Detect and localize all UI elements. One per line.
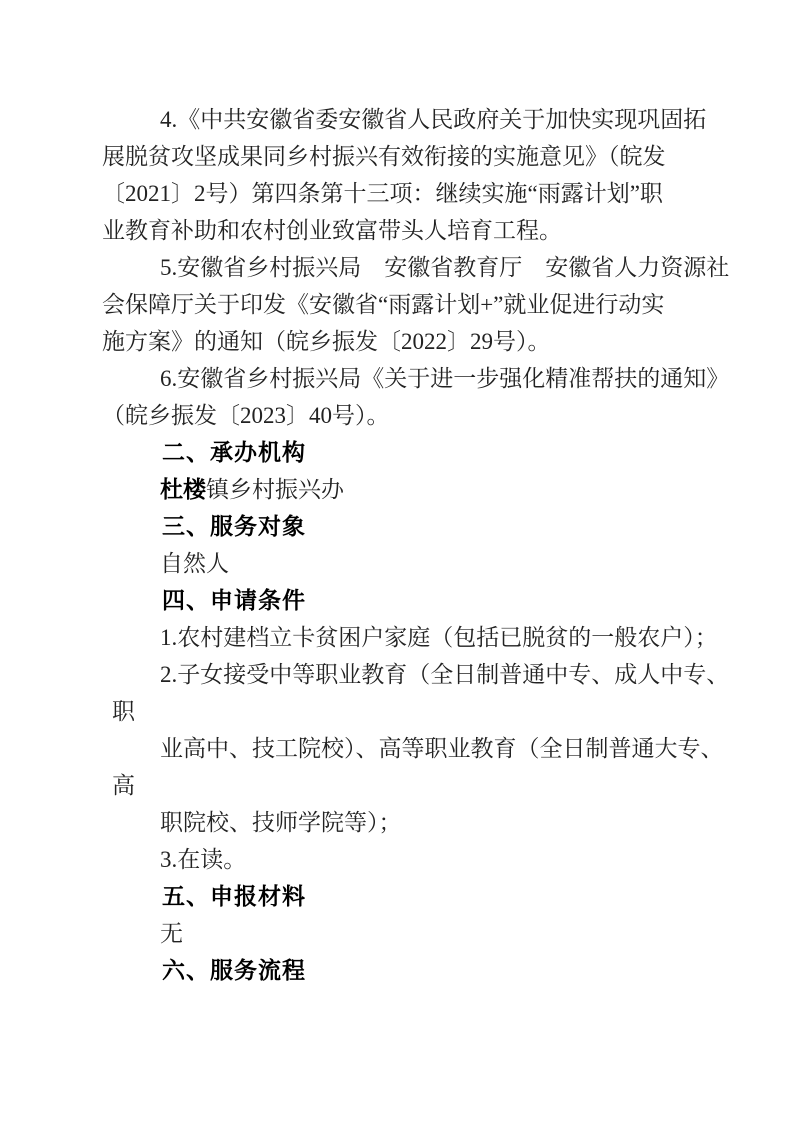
condition-2-hanging-char-2: 高: [112, 767, 722, 804]
condition-3-line: 3.在读。: [160, 841, 722, 878]
section-heading-2-organizer: 二、承办机构: [162, 434, 722, 471]
section-heading-3-service-target: 三、服务对象: [162, 508, 722, 545]
organizer-name-bold: 杜楼: [160, 476, 206, 502]
section-heading-5-application-materials: 五、申报材料: [162, 878, 722, 915]
condition-1-line: 1.农村建档立卡贫困户家庭（包括已脱贫的一般农户）；: [160, 619, 722, 656]
organizer-name-line: 杜楼镇乡村振兴办: [160, 471, 722, 508]
organizer-name-rest: 镇乡村振兴办: [206, 477, 344, 502]
condition-2-line-2: 业高中、技工院校）、高等职业教育（全日制普通大专、: [160, 730, 722, 767]
condition-2-hanging-char-1: 职: [112, 693, 722, 730]
condition-2-line-1: 2.子女接受中等职业教育（全日制普通中专、成人中专、: [160, 656, 722, 693]
legal-item-6-line-1: 6.安徽省乡村振兴局《关于进一步强化精准帮扶的通知》: [160, 360, 722, 397]
legal-item-4-line-3: 〔2021〕2号）第四条第十三项：继续实施“雨露计划”职: [102, 175, 722, 212]
legal-item-6-line-2: （皖乡振发〔2023〕40号）。: [102, 397, 722, 434]
text-column: 4.《中共安徽省委安徽省人民政府关于加快实现巩固拓 展脱贫攻坚成果同乡村振兴有效…: [102, 101, 722, 989]
legal-item-4-line-2: 展脱贫攻坚成果同乡村振兴有效衔接的实施意见》（皖发: [102, 138, 722, 175]
service-target-line: 自然人: [160, 545, 722, 582]
legal-item-5-line-1: 5.安徽省乡村振兴局 安徽省教育厅 安徽省人力资源社: [160, 249, 722, 286]
condition-2-line-3: 职院校、技师学院等）；: [160, 804, 722, 841]
application-materials-line: 无: [160, 915, 722, 952]
legal-item-4-line-4: 业教育补助和农村创业致富带头人培育工程。: [102, 212, 722, 249]
section-heading-6-service-process: 六、服务流程: [162, 952, 722, 989]
section-heading-4-application-conditions: 四、申请条件: [162, 582, 722, 619]
legal-item-4-line-1: 4.《中共安徽省委安徽省人民政府关于加快实现巩固拓: [160, 101, 722, 138]
document-page: 4.《中共安徽省委安徽省人民政府关于加快实现巩固拓 展脱贫攻坚成果同乡村振兴有效…: [0, 0, 793, 1122]
legal-item-5-line-2: 会保障厅关于印发《安徽省“雨露计划+”就业促进行动实: [102, 286, 722, 323]
legal-item-5-line-3: 施方案》的通知（皖乡振发〔2022〕29号）。: [102, 323, 722, 360]
